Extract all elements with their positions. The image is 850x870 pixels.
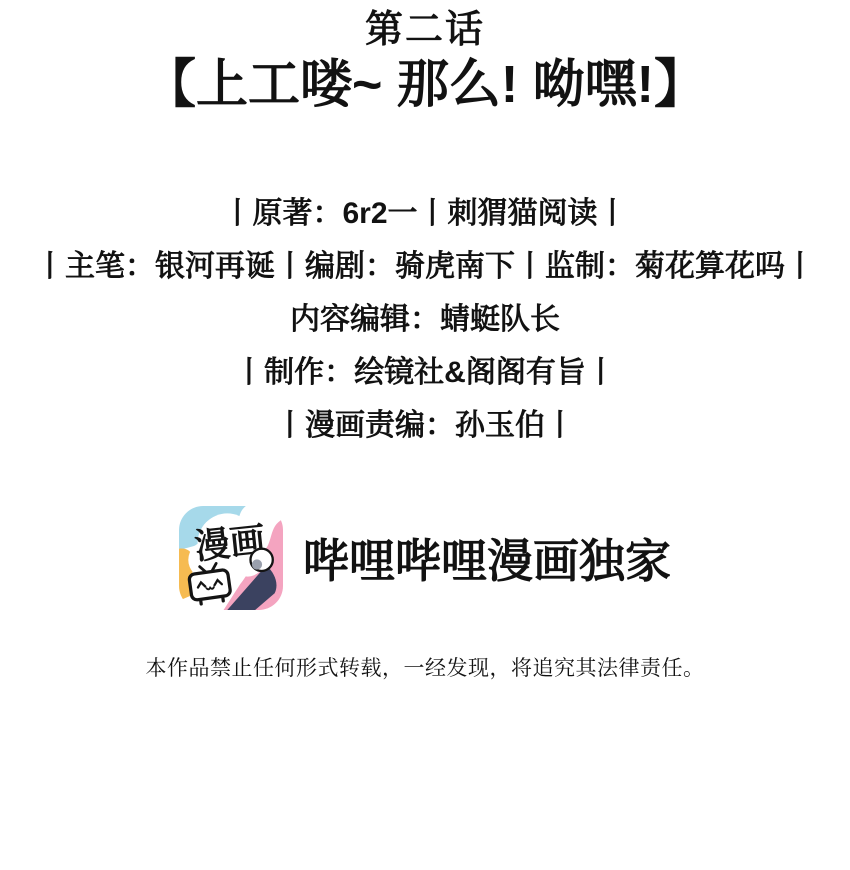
credit-line-original-author: 丨原著：6r2一丨刺猬猫阅读丨 <box>35 187 815 240</box>
copyright-disclaimer: 本作品禁止任何形式转载，一经发现，将追究其法律责任。 <box>146 652 705 682</box>
credit-line-content-editor: 内容编辑：蜻蜓队长 <box>35 293 815 346</box>
credit-line-manga-editor: 丨漫画责编：孙玉伯丨 <box>35 399 815 452</box>
credit-line-production: 丨制作：绘镜社&阁阁有旨丨 <box>35 346 815 399</box>
credits-page: 第二话 【上工喽~ 那么! 呦嘿!】 丨原著：6r2一丨刺猬猫阅读丨 丨主笔：银… <box>0 0 850 870</box>
credits-block: 丨原著：6r2一丨刺猬猫阅读丨 丨主笔：银河再诞丨编剧：骑虎南下丨监制：菊花算花… <box>35 187 815 452</box>
publisher-brand-row: 漫画 哔哩哔哩漫画独家 <box>179 506 671 610</box>
episode-title: 【上工喽~ 那么! 呦嘿!】 <box>144 56 706 116</box>
credit-line-artist-writer-supervisor: 丨主笔：银河再诞丨编剧：骑虎南下丨监制：菊花算花吗丨 <box>35 240 815 293</box>
exclusive-label: 哔哩哔哩漫画独家 <box>303 525 671 591</box>
bilibili-manga-logo-icon: 漫画 <box>179 506 283 610</box>
chapter-label: 第二话 <box>365 8 485 54</box>
